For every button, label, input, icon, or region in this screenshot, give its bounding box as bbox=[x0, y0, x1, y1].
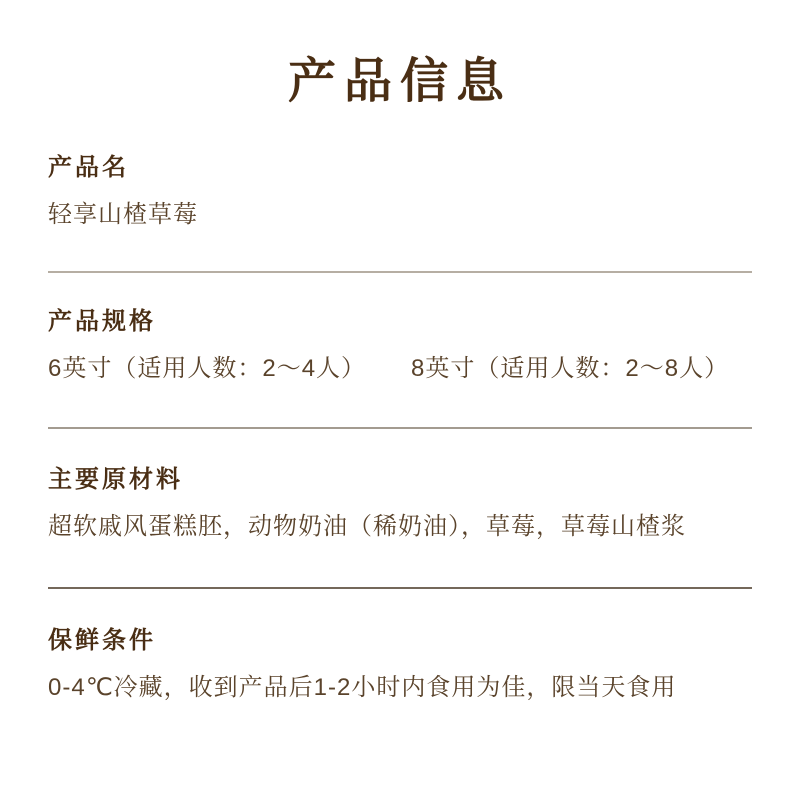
product-info-page: 产品信息 产品名 轻享山楂草莓 产品规格 6英寸（适用人数：2～4人） 8英寸（… bbox=[0, 0, 800, 800]
divider bbox=[48, 271, 752, 273]
spec-option-6-inch: 6英寸（适用人数：2～4人） bbox=[48, 351, 366, 387]
section-storage: 保鲜条件 0-4℃冷藏，收到产品后1-2小时内食用为佳，限当天食用 bbox=[48, 623, 752, 706]
ingredients-value: 超软戚风蛋糕胚，动物奶油（稀奶油），草莓，草莓山楂浆 bbox=[48, 509, 752, 545]
section-ingredients: 主要原材料 超软戚风蛋糕胚，动物奶油（稀奶油），草莓，草莓山楂浆 bbox=[48, 462, 752, 545]
ingredients-label: 主要原材料 bbox=[48, 462, 752, 498]
spec-option-8-inch: 8英寸（适用人数：2～8人） bbox=[411, 351, 729, 387]
product-spec-label: 产品规格 bbox=[48, 304, 752, 340]
page-title: 产品信息 bbox=[48, 0, 752, 112]
product-spec-values: 6英寸（适用人数：2～4人） 8英寸（适用人数：2～8人） bbox=[48, 351, 752, 387]
divider bbox=[48, 427, 752, 429]
storage-value: 0-4℃冷藏，收到产品后1-2小时内食用为佳，限当天食用 bbox=[48, 670, 752, 706]
divider bbox=[48, 587, 752, 589]
storage-label: 保鲜条件 bbox=[48, 623, 752, 659]
section-product-name: 产品名 轻享山楂草莓 bbox=[48, 150, 752, 233]
section-product-spec: 产品规格 6英寸（适用人数：2～4人） 8英寸（适用人数：2～8人） bbox=[48, 304, 752, 387]
product-name-value: 轻享山楂草莓 bbox=[48, 197, 752, 233]
product-name-label: 产品名 bbox=[48, 150, 752, 186]
